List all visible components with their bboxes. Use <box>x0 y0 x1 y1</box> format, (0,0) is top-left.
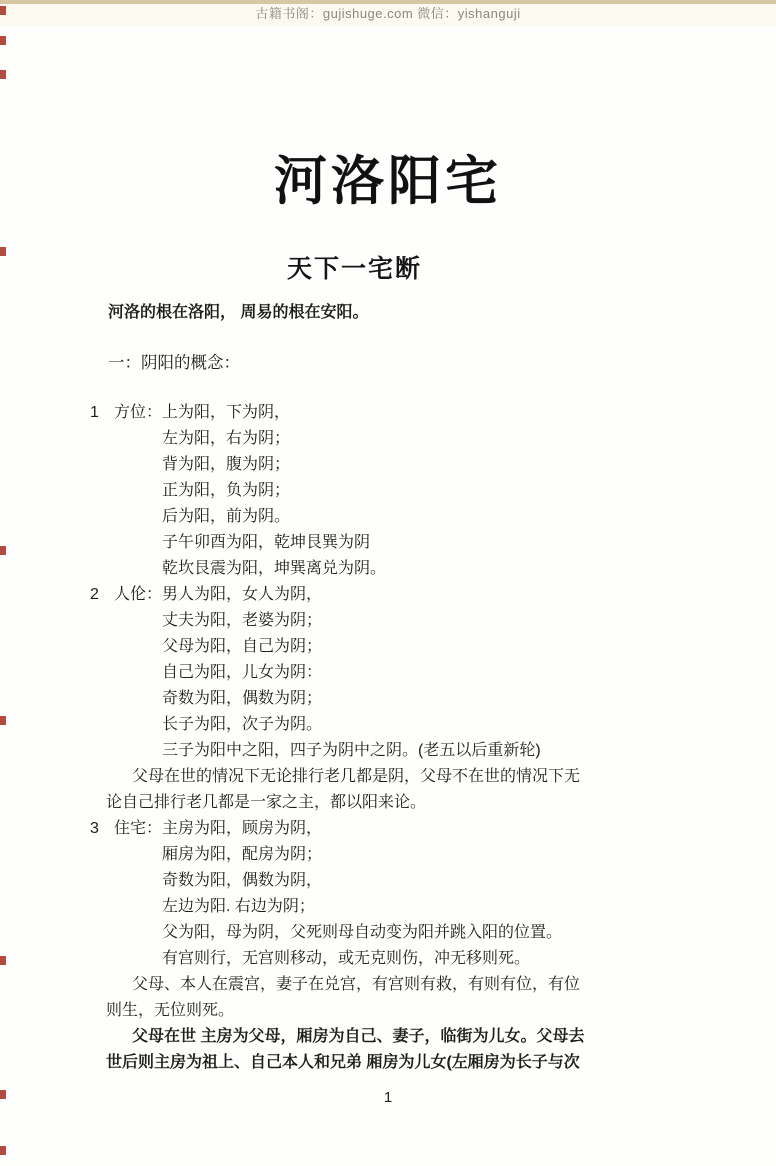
section-line: 正为阳，负为阴； <box>90 478 696 504</box>
section-label: 方位： <box>114 400 162 426</box>
section-line: 长子为阳，次子为阴。 <box>90 712 696 738</box>
paragraph-line: 父母、本人在震宫，妻子在兑宫，有宫则有救，有则有位，有位 <box>106 972 696 998</box>
section-zhuzhai: 3住宅：主房为阳，顾房为阴， 厢房为阳，配房为阴； 奇数为阳，偶数为阴， 左边为… <box>90 816 696 972</box>
section-first-line: 2人伦：男人为阳，女人为阴， <box>90 582 696 608</box>
section-number: 2 <box>90 582 114 608</box>
scan-artifact-mark <box>0 716 6 725</box>
section-line: 男人为阳，女人为阴， <box>162 586 322 603</box>
header-zone: 古籍书阁：gujishuge.com 微信：yishanguji <box>0 4 776 26</box>
section-line: 父母为阳，自己为阴； <box>90 634 696 660</box>
section-first-line: 3住宅：主房为阳，顾房为阴， <box>90 816 696 842</box>
scan-artifact-mark <box>0 6 6 15</box>
body-text: 1方位：上为阳，下为阴， 左为阳，右为阴； 背为阳，腹为阴； 正为阳，负为阴； … <box>0 400 776 1076</box>
section-line: 三子为阳中之阳，四子为阴中之阴。(老五以后重新轮) <box>90 738 696 764</box>
doc-title: 河洛阳宅 <box>0 154 776 210</box>
section-number: 1 <box>90 400 114 426</box>
section-line: 有宫则行，无宫则移动，或无克则伤，冲无移则死。 <box>90 946 696 972</box>
scan-artifact-mark <box>0 247 6 256</box>
section-line: 丈夫为阳，老婆为阴； <box>90 608 696 634</box>
scan-artifact-mark <box>0 546 6 555</box>
section-line: 自己为阳，儿女为阴： <box>90 660 696 686</box>
section-line: 奇数为阳，偶数为阴； <box>90 686 696 712</box>
paragraph-line: 父母在世 主房为父母，厢房为自己、妻子，临街为儿女。父母去 <box>106 1024 696 1050</box>
section-line: 背为阳，腹为阴； <box>90 452 696 478</box>
section-line: 左边为阳. 右边为阴； <box>90 894 696 920</box>
paragraph-line: 父母在世的情况下无论排行老几都是阴，父母不在世的情况下无 <box>106 764 696 790</box>
section-line: 上为阳，下为阴， <box>162 404 290 421</box>
intro-line: 河洛的根在洛阳， 周易的根在安阳。 <box>108 304 776 322</box>
paragraph-palace-rule: 父母、本人在震宫，妻子在兑宫，有宫则有救，有则有位，有位 则生，无位则死。 <box>106 972 696 1024</box>
scan-artifact-mark <box>0 956 6 965</box>
section-line: 奇数为阳，偶数为阴， <box>90 868 696 894</box>
scanned-book-page: { "watermark": { "text": "古籍书阁：gujishuge… <box>0 0 776 1166</box>
paragraph-line: 论自己排行老几都是一家之主，都以阳来论。 <box>106 790 696 816</box>
section-line: 主房为阳，顾房为阴， <box>162 820 322 837</box>
section-label: 住宅： <box>114 816 162 842</box>
concept-heading: 一：阴阳的概念： <box>108 354 776 372</box>
section-line: 后为阳，前为阴。 <box>90 504 696 530</box>
section-line: 乾坎艮震为阳，坤巽离兑为阴。 <box>90 556 696 582</box>
section-line: 左为阳，右为阴； <box>90 426 696 452</box>
page-number: 1 <box>0 1090 776 1106</box>
scan-artifact-mark <box>0 1146 6 1155</box>
paragraph-family-rule: 父母在世的情况下无论排行老几都是阴，父母不在世的情况下无 论自己排行老几都是一家… <box>106 764 696 816</box>
scan-artifact-mark <box>0 1090 6 1099</box>
paragraph-house-roles: 父母在世 主房为父母，厢房为自己、妻子，临街为儿女。父母去 世后则主房为祖上、自… <box>106 1024 696 1076</box>
section-line: 厢房为阳，配房为阴； <box>90 842 696 868</box>
scan-artifact-mark <box>0 36 6 45</box>
watermark-header: 古籍书阁：gujishuge.com 微信：yishanguji <box>0 6 776 21</box>
section-first-line: 1方位：上为阳，下为阴， <box>90 400 696 426</box>
section-line: 父为阳，母为阴，父死则母自动变为阳并跳入阳的位置。 <box>90 920 696 946</box>
paragraph-line: 世后则主房为祖上、自己本人和兄弟 厢房为儿女(左厢房为长子与次 <box>106 1050 696 1076</box>
paragraph-line: 则生，无位则死。 <box>106 998 696 1024</box>
section-label: 人伦： <box>114 582 162 608</box>
section-fangwei: 1方位：上为阳，下为阴， 左为阳，右为阴； 背为阳，腹为阴； 正为阳，负为阴； … <box>90 400 696 582</box>
doc-subtitle: 天下一宅断 <box>287 257 776 282</box>
scan-artifact-mark <box>0 70 6 79</box>
section-renlun: 2人伦：男人为阳，女人为阴， 丈夫为阳，老婆为阴； 父母为阳，自己为阴； 自己为… <box>90 582 696 764</box>
section-number: 3 <box>90 816 114 842</box>
section-line: 子午卯酉为阳，乾坤艮巽为阴 <box>90 530 696 556</box>
